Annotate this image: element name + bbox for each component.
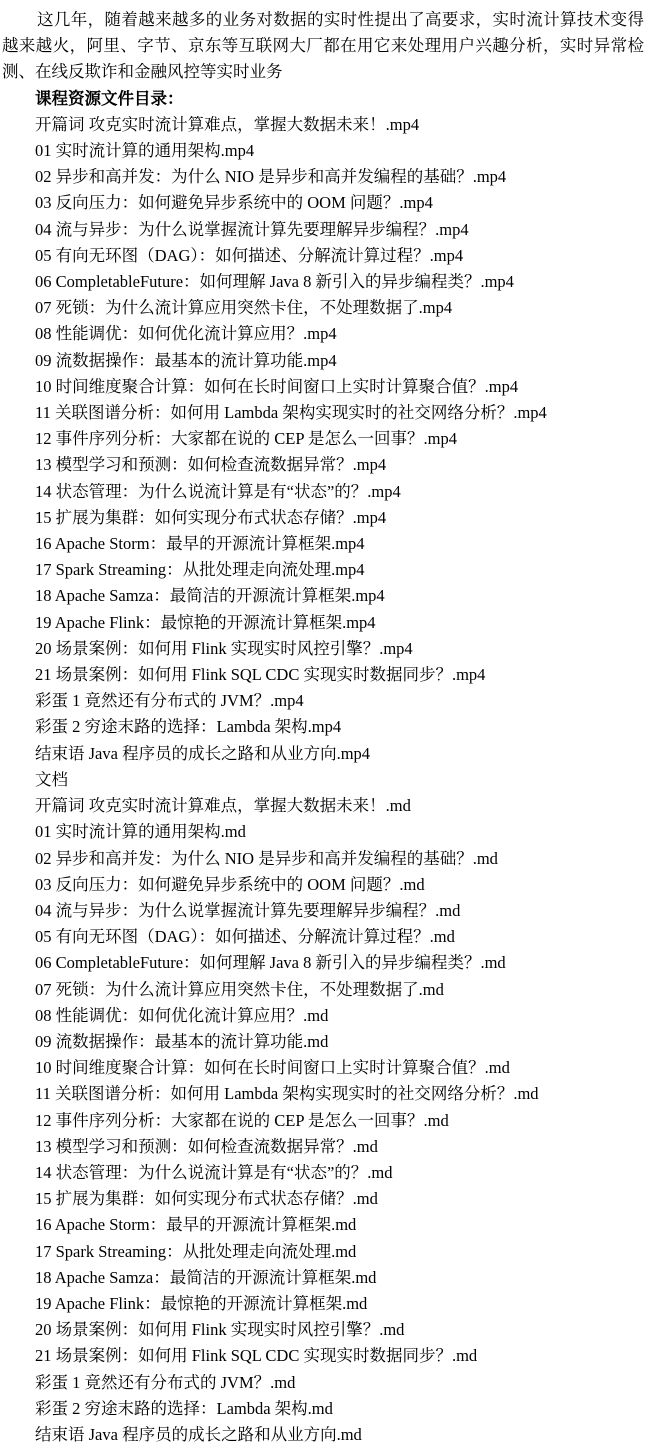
file-item: 20 场景案例：如何用 Flink 实现实时风控引擎？.md bbox=[2, 1317, 644, 1343]
file-item: 01 实时流计算的通用架构.mp4 bbox=[2, 138, 644, 164]
file-item: 10 时间维度聚合计算：如何在长时间窗口上实时计算聚合值？.md bbox=[2, 1055, 644, 1081]
file-item: 07 死锁：为什么流计算应用突然卡住，不处理数据了.md bbox=[2, 977, 644, 1003]
file-item: 04 流与异步：为什么说掌握流计算先要理解异步编程？.md bbox=[2, 898, 644, 924]
file-item: 13 模型学习和预测：如何检查流数据异常？.mp4 bbox=[2, 452, 644, 478]
file-item: 01 实时流计算的通用架构.md bbox=[2, 819, 644, 845]
file-item: 20 场景案例：如何用 Flink 实现实时风控引擎？.mp4 bbox=[2, 636, 644, 662]
file-item: 03 反向压力：如何避免异步系统中的 OOM 问题？.md bbox=[2, 872, 644, 898]
file-item: 彩蛋 2 穷途末路的选择：Lambda 架构.mp4 bbox=[2, 714, 644, 740]
file-item: 15 扩展为集群：如何实现分布式状态存储？.mp4 bbox=[2, 505, 644, 531]
file-item: 14 状态管理：为什么说流计算是有“状态”的？.md bbox=[2, 1160, 644, 1186]
file-item: 21 场景案例：如何用 Flink SQL CDC 实现实时数据同步？.md bbox=[2, 1343, 644, 1369]
file-item: 19 Apache Flink：最惊艳的开源流计算框架.md bbox=[2, 1291, 644, 1317]
file-item: 19 Apache Flink：最惊艳的开源流计算框架.mp4 bbox=[2, 610, 644, 636]
file-item: 开篇词 攻克实时流计算难点，掌握大数据未来！.mp4 bbox=[2, 112, 644, 138]
file-item: 结束语 Java 程序员的成长之路和从业方向.md bbox=[2, 1422, 644, 1448]
file-item: 09 流数据操作：最基本的流计算功能.md bbox=[2, 1029, 644, 1055]
file-item: 彩蛋 2 穷途末路的选择：Lambda 架构.md bbox=[2, 1396, 644, 1422]
file-item: 18 Apache Samza：最简洁的开源流计算框架.mp4 bbox=[2, 583, 644, 609]
file-item: 02 异步和高并发：为什么 NIO 是异步和高并发编程的基础？.md bbox=[2, 846, 644, 872]
file-item: 05 有向无环图（DAG）：如何描述、分解流计算过程？.mp4 bbox=[2, 243, 644, 269]
file-item: 开篇词 攻克实时流计算难点，掌握大数据未来！.md bbox=[2, 793, 644, 819]
file-item: 06 CompletableFuture：如何理解 Java 8 新引入的异步编… bbox=[2, 269, 644, 295]
doc-file-list: 开篇词 攻克实时流计算难点，掌握大数据未来！.md01 实时流计算的通用架构.m… bbox=[2, 793, 644, 1448]
file-item: 14 状态管理：为什么说流计算是有“状态”的？.mp4 bbox=[2, 479, 644, 505]
file-item: 04 流与异步：为什么说掌握流计算先要理解异步编程？.mp4 bbox=[2, 217, 644, 243]
file-item: 13 模型学习和预测：如何检查流数据异常？.md bbox=[2, 1134, 644, 1160]
file-item: 08 性能调优：如何优化流计算应用？.md bbox=[2, 1003, 644, 1029]
file-item: 彩蛋 1 竟然还有分布式的 JVM？.md bbox=[2, 1370, 644, 1396]
file-item: 05 有向无环图（DAG）：如何描述、分解流计算过程？.md bbox=[2, 924, 644, 950]
intro-paragraph: 这几年，随着越来越多的业务对数据的实时性提出了高要求，实时流计算技术变得越来越火… bbox=[2, 7, 644, 86]
file-item: 18 Apache Samza：最简洁的开源流计算框架.md bbox=[2, 1265, 644, 1291]
directory-heading: 课程资源文件目录： bbox=[2, 86, 644, 112]
file-item: 08 性能调优：如何优化流计算应用？.mp4 bbox=[2, 321, 644, 347]
file-item: 02 异步和高并发：为什么 NIO 是异步和高并发编程的基础？.mp4 bbox=[2, 164, 644, 190]
file-item: 12 事件序列分析：大家都在说的 CEP 是怎么一回事？.mp4 bbox=[2, 426, 644, 452]
file-item: 12 事件序列分析：大家都在说的 CEP 是怎么一回事？.md bbox=[2, 1108, 644, 1134]
file-item: 21 场景案例：如何用 Flink SQL CDC 实现实时数据同步？.mp4 bbox=[2, 662, 644, 688]
file-item: 16 Apache Storm：最早的开源流计算框架.mp4 bbox=[2, 531, 644, 557]
file-item: 06 CompletableFuture：如何理解 Java 8 新引入的异步编… bbox=[2, 950, 644, 976]
docs-section-label: 文档 bbox=[2, 767, 644, 793]
file-item: 07 死锁：为什么流计算应用突然卡住，不处理数据了.mp4 bbox=[2, 295, 644, 321]
file-item: 结束语 Java 程序员的成长之路和从业方向.mp4 bbox=[2, 741, 644, 767]
file-item: 11 关联图谱分析：如何用 Lambda 架构实现实时的社交网络分析？.mp4 bbox=[2, 400, 644, 426]
file-item: 03 反向压力：如何避免异步系统中的 OOM 问题？.mp4 bbox=[2, 190, 644, 216]
video-file-list: 开篇词 攻克实时流计算难点，掌握大数据未来！.mp401 实时流计算的通用架构.… bbox=[2, 112, 644, 767]
file-item: 17 Spark Streaming：从批处理走向流处理.md bbox=[2, 1239, 644, 1265]
file-item: 11 关联图谱分析：如何用 Lambda 架构实现实时的社交网络分析？.md bbox=[2, 1081, 644, 1107]
document-page: 这几年，随着越来越多的业务对数据的实时性提出了高要求，实时流计算技术变得越来越火… bbox=[0, 0, 650, 1448]
file-item: 09 流数据操作：最基本的流计算功能.mp4 bbox=[2, 348, 644, 374]
file-item: 15 扩展为集群：如何实现分布式状态存储？.md bbox=[2, 1186, 644, 1212]
file-item: 16 Apache Storm：最早的开源流计算框架.md bbox=[2, 1212, 644, 1238]
file-item: 彩蛋 1 竟然还有分布式的 JVM？.mp4 bbox=[2, 688, 644, 714]
file-item: 17 Spark Streaming：从批处理走向流处理.mp4 bbox=[2, 557, 644, 583]
file-item: 10 时间维度聚合计算：如何在长时间窗口上实时计算聚合值？.mp4 bbox=[2, 374, 644, 400]
